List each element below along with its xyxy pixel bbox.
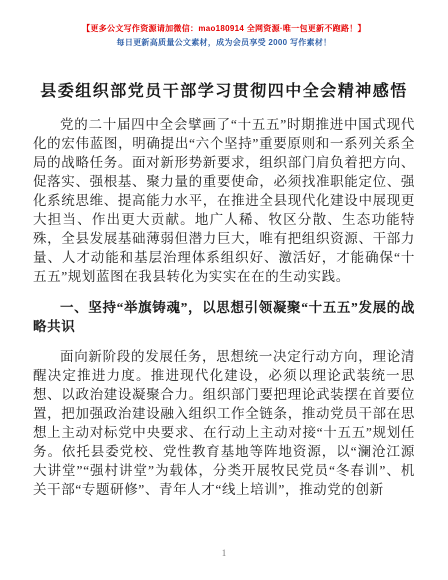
- header-notice-line-2: 每日更新高质量公文素材，成为会员享受 2000 写作素材！: [0, 36, 448, 50]
- page-number: 1: [0, 548, 448, 558]
- header-notice: 【更多公文写作资源请加微信：mao180914 全网资源·唯一包更新不跑路！】 …: [0, 22, 448, 50]
- header-notice-line-1: 【更多公文写作资源请加微信：mao180914 全网资源·唯一包更新不跑路！】: [0, 22, 448, 36]
- document-page: 【更多公文写作资源请加微信：mao180914 全网资源·唯一包更新不跑路！】 …: [0, 0, 448, 580]
- body-paragraph: 党的二十届四中全会擘画了“十五五”时期推进中国式现代化的宏伟蓝图，明确提出“六个…: [33, 115, 415, 286]
- body-paragraph: 面向新阶段的发展任务，思想统一决定行动方向，理论清醒决定推进力度。推进现代化建设…: [33, 347, 415, 499]
- document-title: 县委组织部党员干部学习贯彻四中全会精神感悟: [33, 82, 415, 102]
- document-body: 党的二十届四中全会擘画了“十五五”时期推进中国式现代化的宏伟蓝图，明确提出“六个…: [33, 115, 415, 499]
- section-heading: 一、坚持“举旗铸魂”，以思想引领凝聚“十五五”发展的战略共识: [33, 298, 415, 336]
